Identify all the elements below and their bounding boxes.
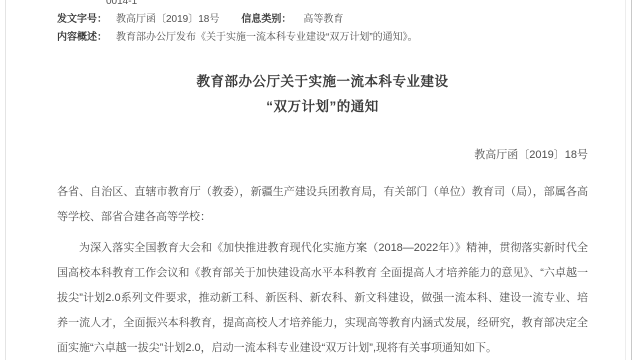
meta-value-docnumber: 教高厅函〔2019〕18号 [116, 14, 219, 25]
panel-left-border [5, 0, 6, 360]
window-right-border [631, 0, 632, 360]
notice-title: 教育部办公厅关于实施一流本科专业建设 “双万计划”的通知 [57, 69, 588, 119]
panel-right-border [625, 0, 626, 360]
notice-body-paragraph: 为深入落实全国教育大会和《加快推进教育现代化实施方案（2018—2022年）》精… [57, 236, 588, 360]
document-viewer-page: { "meta": { "partial_code": "0014-1", "r… [0, 0, 639, 360]
notice-title-line-2: “双万计划”的通知 [57, 94, 588, 119]
notice-title-line-1: 教育部办公厅关于实施一流本科专业建设 [57, 69, 588, 94]
meta-value-category: 高等教育 [303, 14, 343, 25]
meta-value-summary: 教育部办公厅发布《关于实施一流本科专业建设“双万计划”的通知》。 [116, 32, 418, 43]
meta-row-summary: 内容概述：教育部办公厅发布《关于实施一流本科专业建设“双万计划”的通知》。 [57, 31, 418, 45]
notice-addressee-paragraph: 各省、自治区、直辖市教育厅（教委），新疆生产建设兵团教育局，有关部门（单位）教育… [57, 180, 588, 230]
meta-label-docnumber: 发文字号： [57, 14, 107, 25]
meta-partial-code: 0014-1 [106, 0, 137, 8]
meta-label-category: 信息类别： [241, 14, 291, 25]
meta-label-summary: 内容概述： [57, 32, 107, 43]
notice-doc-number: 教高厅函〔2019〕18号 [57, 146, 588, 162]
meta-row-docnumber: 发文字号：教高厅函〔2019〕18号信息类别：高等教育 [57, 13, 343, 27]
